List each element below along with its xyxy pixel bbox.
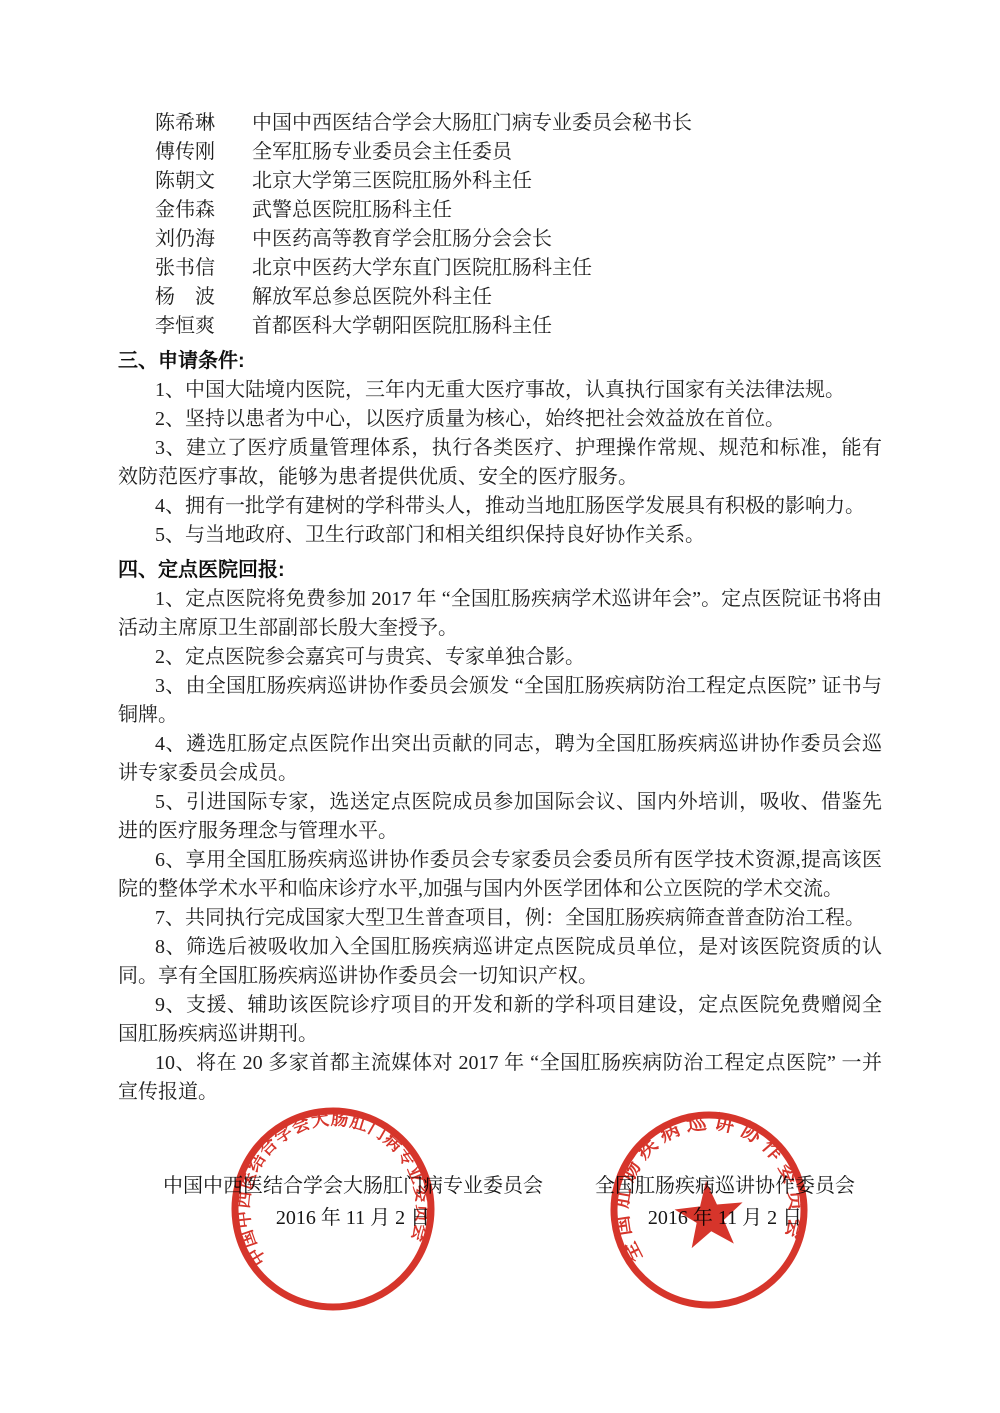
member-title: 北京中医药大学东直门医院肛肠科主任 <box>252 257 592 279</box>
member-title: 中国中西医结合学会大肠肛门病专业委员会秘书长 <box>252 112 692 134</box>
body-paragraph: 1、中国大陆境内医院，三年内无重大医疗事故，认真执行国家有关法律法规。 <box>118 376 882 405</box>
member-row: 刘仍海中医药高等教育学会肛肠分会会长 <box>118 225 882 254</box>
body-paragraph: 2、坚持以患者为中心，以医疗质量为核心，始终把社会效益放在首位。 <box>118 405 882 434</box>
member-title: 全军肛肠专业委员会主任委员 <box>252 141 512 163</box>
stamp-arc-text-left: 中国中西医结合学会大肠肛门病专业委员会 <box>227 1103 439 1271</box>
star-icon <box>672 1178 747 1250</box>
signature-area: 中国中西医结合学会大肠肛门病专业委员会 2016 年 11 月 2 日 全国肛肠… <box>0 1100 1000 1413</box>
body-paragraph: 7、共同执行完成国家大型卫生普查项目，例：全国肛肠疾病筛查普查防治工程。 <box>118 904 882 933</box>
member-row: 陈希琳中国中西医结合学会大肠肛门病专业委员会秘书长 <box>118 109 882 138</box>
member-title: 中医药高等教育学会肛肠分会会长 <box>252 228 552 250</box>
section-heading-application-conditions: 三、申请条件: <box>118 347 882 376</box>
member-title: 武警总医院肛肠科主任 <box>252 199 452 221</box>
member-name: 金伟森 <box>155 196 252 225</box>
member-title: 北京大学第三医院肛肠外科主任 <box>252 170 532 192</box>
section-heading-hospital-returns: 四、定点医院回报: <box>118 556 882 585</box>
body-paragraph: 5、与当地政府、卫生行政部门和相关组织保持良好协作关系。 <box>118 521 882 550</box>
body-paragraph: 9、支援、辅助该医院诊疗项目的开发和新的学科项目建设，定点医院免费赠阅全国肛肠疾… <box>118 991 882 1049</box>
member-name: 傅传刚 <box>155 138 252 167</box>
stamp-ring <box>227 1103 439 1315</box>
svg-text:全国肛肠疾病巡讲协作委员会: 全国肛肠疾病巡讲协作委员会 <box>606 1107 812 1268</box>
stamp-arc-text-right: 全国肛肠疾病巡讲协作委员会 <box>606 1107 812 1268</box>
member-row: 金伟森武警总医院肛肠科主任 <box>118 196 882 225</box>
document-content: 陈希琳中国中西医结合学会大肠肛门病专业委员会秘书长 傅传刚全军肛肠专业委员会主任… <box>118 109 882 1107</box>
body-paragraph: 10、将在 20 多家首都主流媒体对 2017 年 “全国肛肠疾病防治工程定点医… <box>118 1049 882 1107</box>
committee-member-list: 陈希琳中国中西医结合学会大肠肛门病专业委员会秘书长 傅传刚全军肛肠专业委员会主任… <box>118 109 882 341</box>
body-paragraph: 4、拥有一批学有建树的学科带头人，推动当地肛肠医学发展具有积极的影响力。 <box>118 492 882 521</box>
official-seal-right: 全国肛肠疾病巡讲协作委员会 <box>606 1107 812 1313</box>
member-title: 首都医科大学朝阳医院肛肠科主任 <box>252 315 552 337</box>
member-name: 刘仍海 <box>155 225 252 254</box>
member-row: 杨 波解放军总参总医院外科主任 <box>118 283 882 312</box>
body-paragraph: 3、由全国肛肠疾病巡讲协作委员会颁发 “全国肛肠疾病防治工程定点医院” 证书与铜… <box>118 672 882 730</box>
member-name: 李恒爽 <box>155 312 252 341</box>
body-paragraph: 2、定点医院参会嘉宾可与贵宾、专家单独合影。 <box>118 643 882 672</box>
body-paragraph: 3、建立了医疗质量管理体系，执行各类医疗、护理操作常规、规范和标准，能有效防范医… <box>118 434 882 492</box>
member-row: 张书信北京中医药大学东直门医院肛肠科主任 <box>118 254 882 283</box>
member-row: 陈朝文北京大学第三医院肛肠外科主任 <box>118 167 882 196</box>
member-name: 陈朝文 <box>155 167 252 196</box>
member-name: 杨 波 <box>155 283 252 312</box>
member-name: 陈希琳 <box>155 109 252 138</box>
body-paragraph: 6、享用全国肛肠疾病巡讲协作委员会专家委员会委员所有医学技术资源,提高该医院的整… <box>118 846 882 904</box>
body-paragraph: 4、遴选肛肠定点医院作出突出贡献的同志，聘为全国肛肠疾病巡讲协作委员会巡讲专家委… <box>118 730 882 788</box>
document-page: 陈希琳中国中西医结合学会大肠肛门病专业委员会秘书长 傅传刚全军肛肠专业委员会主任… <box>0 0 1000 1413</box>
body-paragraph: 1、定点医院将免费参加 2017 年 “全国肛肠疾病学术巡讲年会”。定点医院证书… <box>118 585 882 643</box>
member-row: 李恒爽首都医科大学朝阳医院肛肠科主任 <box>118 312 882 341</box>
member-name: 张书信 <box>155 254 252 283</box>
member-title: 解放军总参总医院外科主任 <box>252 286 492 308</box>
official-seal-left: 中国中西医结合学会大肠肛门病专业委员会 <box>227 1103 439 1315</box>
svg-text:中国中西医结合学会大肠肛门病专业委员会: 中国中西医结合学会大肠肛门病专业委员会 <box>227 1103 439 1271</box>
body-paragraph: 5、引进国际专家，选送定点医院成员参加国际会议、国内外培训，吸收、借鉴先进的医疗… <box>118 788 882 846</box>
member-row: 傅传刚全军肛肠专业委员会主任委员 <box>118 138 882 167</box>
body-paragraph: 8、筛选后被吸收加入全国肛肠疾病巡讲定点医院成员单位，是对该医院资质的认同。享有… <box>118 933 882 991</box>
